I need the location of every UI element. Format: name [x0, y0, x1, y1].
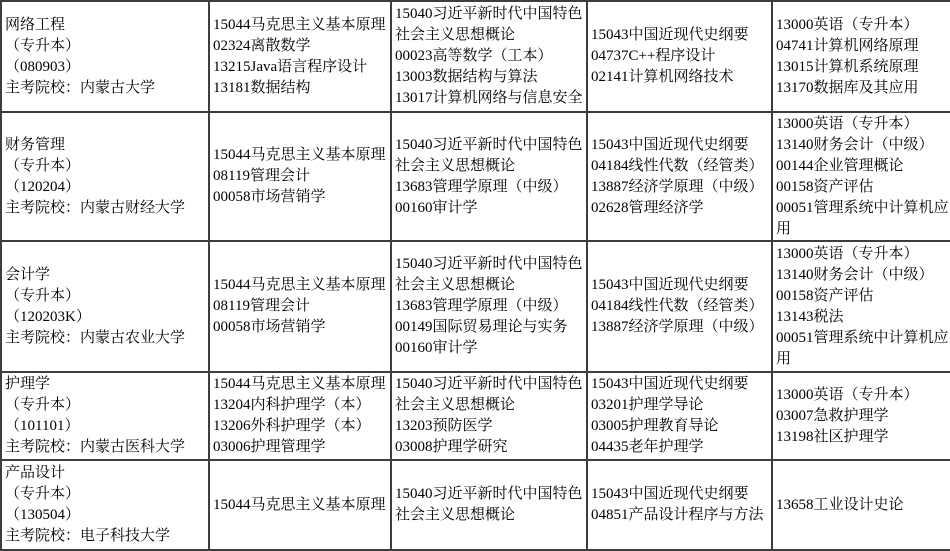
subject-line: 00144企业管理概论: [776, 156, 949, 177]
subject-line: 财务管理: [5, 135, 207, 156]
table-row: 财务管理（专升本）（120204）主考院校：内蒙古财经大学 15044马克思主义…: [2, 113, 950, 242]
subject-line: 13140财务会计（中级）: [776, 265, 949, 286]
subject-line: 04737C++程序设计: [591, 46, 770, 67]
subject-line: 13000英语（专升本）: [776, 244, 949, 265]
table-row: 会计学（专升本）（120203K）主考院校：内蒙古农业大学 15044马克思主义…: [2, 242, 950, 373]
subject-line: 13658工业设计史论: [776, 495, 949, 516]
course-group-2-cell: 15040习近平新时代中国特色社会主义思想概论13683管理学原理（中级）001…: [392, 242, 588, 373]
course-group-3-cell: 15043中国近现代史纲要04851产品设计程序与方法: [588, 461, 773, 549]
subject-line: 08119管理会计: [213, 166, 389, 187]
subject-line: 主考院校：内蒙古大学: [5, 78, 207, 99]
subject-line: 15043中国近现代史纲要: [591, 484, 770, 505]
subject-line: （080903）: [5, 57, 207, 78]
major-info-cell: 网络工程（专升本）（080903）主考院校：内蒙古大学: [2, 2, 210, 113]
subject-line: 15044马克思主义基本原理: [213, 15, 389, 36]
subject-line: 04184线性代数（经管类）: [591, 296, 770, 317]
subject-line: 03005护理教育导论: [591, 416, 770, 437]
subject-line: 00158资产评估: [776, 286, 949, 307]
subject-line: 主考院校：电子科技大学: [5, 526, 207, 547]
course-group-2-cell: 15040习近平新时代中国特色社会主义思想概论13203预防医学03008护理学…: [392, 373, 588, 461]
subject-line: 13204内科护理学（本）: [213, 395, 389, 416]
subject-line: 13017计算机网络与信息安全: [395, 88, 585, 109]
subject-line: 13198社区护理学: [776, 427, 949, 448]
subject-line: 00158资产评估: [776, 177, 949, 198]
table-row: 产品设计（专升本）（130504）主考院校：电子科技大学 15044马克思主义基…: [2, 461, 950, 549]
subject-line: （101101）: [5, 416, 207, 437]
subject-line: 03006护理管理学: [213, 437, 389, 458]
course-group-4-cell: 13000英语（专升本）13140财务会计（中级）00158资产评估13143税…: [773, 242, 950, 373]
course-group-1-cell: 15044马克思主义基本原理02324离散数学13215Java语言程序设计13…: [210, 2, 392, 113]
course-group-3-cell: 15043中国近现代史纲要03201护理学导论03005护理教育导论04435老…: [588, 373, 773, 461]
major-info-cell: 产品设计（专升本）（130504）主考院校：电子科技大学: [2, 461, 210, 549]
subject-line: 15040习近平新时代中国特色社会主义思想概论: [395, 374, 585, 416]
subject-line: 00023高等数学（工本）: [395, 46, 585, 67]
major-info-cell: 会计学（专升本）（120203K）主考院校：内蒙古农业大学: [2, 242, 210, 373]
course-group-4-cell: 13000英语（专升本）04741计算机网络原理13015计算机系统原理1317…: [773, 2, 950, 113]
subject-line: 15043中国近现代史纲要: [591, 275, 770, 296]
subject-line: 15040习近平新时代中国特色社会主义思想概论: [395, 254, 585, 296]
subject-line: 15044马克思主义基本原理: [213, 495, 389, 516]
subject-line: 13215Java语言程序设计: [213, 57, 389, 78]
subject-line: 13683管理学原理（中级）: [395, 177, 585, 198]
course-group-1-cell: 15044马克思主义基本原理08119管理会计00058市场营销学: [210, 113, 392, 242]
subject-line: 00149国际贸易理论与实务: [395, 317, 585, 338]
subject-line: 13181数据结构: [213, 78, 389, 99]
subject-line: 00051管理系统中计算机应用: [776, 198, 949, 240]
subject-line: 08119管理会计: [213, 296, 389, 317]
course-group-3-cell: 15043中国近现代史纲要04737C++程序设计02141计算机网络技术: [588, 2, 773, 113]
course-group-1-cell: 15044马克思主义基本原理13204内科护理学（本）13206外科护理学（本）…: [210, 373, 392, 461]
subject-line: 13000英语（专升本）: [776, 385, 949, 406]
course-group-3-cell: 15043中国近现代史纲要04184线性代数（经管类）13887经济学原理（中级…: [588, 113, 773, 242]
subject-line: 04184线性代数（经管类）: [591, 156, 770, 177]
subject-line: 15043中国近现代史纲要: [591, 135, 770, 156]
subject-line: 04851产品设计程序与方法: [591, 505, 770, 526]
course-group-2-cell: 15040习近平新时代中国特色社会主义思想概论: [392, 461, 588, 549]
subject-line: 13000英语（专升本）: [776, 15, 949, 36]
subject-line: 00160审计学: [395, 338, 585, 359]
course-group-4-cell: 13000英语（专升本）13140财务会计（中级）00144企业管理概论0015…: [773, 113, 950, 242]
subject-line: 13140财务会计（中级）: [776, 135, 949, 156]
subject-line: 13143税法: [776, 307, 949, 328]
subject-line: 主考院校：内蒙古财经大学: [5, 198, 207, 219]
subject-line: （120203K）: [5, 307, 207, 328]
subject-line: 13003数据结构与算法: [395, 67, 585, 88]
subject-line: 03008护理学研究: [395, 437, 585, 458]
subject-line: （130504）: [5, 505, 207, 526]
subject-line: 03201护理学导论: [591, 395, 770, 416]
subject-line: 04435老年护理学: [591, 437, 770, 458]
subject-line: 产品设计: [5, 463, 207, 484]
subject-line: （专升本）: [5, 36, 207, 57]
subject-line: 15044马克思主义基本原理: [213, 275, 389, 296]
subject-line: （120204）: [5, 177, 207, 198]
subject-line: 15044马克思主义基本原理: [213, 145, 389, 166]
subject-line: （专升本）: [5, 156, 207, 177]
subject-line: 15043中国近现代史纲要: [591, 374, 770, 395]
course-group-2-cell: 15040习近平新时代中国特色社会主义思想概论13683管理学原理（中级）001…: [392, 113, 588, 242]
course-group-1-cell: 15044马克思主义基本原理: [210, 461, 392, 549]
subject-line: 13683管理学原理（中级）: [395, 296, 585, 317]
subject-line: 03007急救护理学: [776, 406, 949, 427]
subject-line: 13887经济学原理（中级）: [591, 177, 770, 198]
subject-line: 04741计算机网络原理: [776, 36, 949, 57]
subject-line: 13206外科护理学（本）: [213, 416, 389, 437]
subject-line: 护理学: [5, 374, 207, 395]
subject-line: 00058市场营销学: [213, 187, 389, 208]
subject-line: 主考院校：内蒙古农业大学: [5, 328, 207, 349]
subject-line: 13015计算机系统原理: [776, 57, 949, 78]
subject-line: 15040习近平新时代中国特色社会主义思想概论: [395, 4, 585, 46]
major-info-cell: 财务管理（专升本）（120204）主考院校：内蒙古财经大学: [2, 113, 210, 242]
subject-line: 15040习近平新时代中国特色社会主义思想概论: [395, 135, 585, 177]
course-group-1-cell: 15044马克思主义基本原理08119管理会计00058市场营销学: [210, 242, 392, 373]
course-group-2-cell: 15040习近平新时代中国特色社会主义思想概论00023高等数学（工本）1300…: [392, 2, 588, 113]
exam-course-schedule-table: 网络工程（专升本）（080903）主考院校：内蒙古大学 15044马克思主义基本…: [0, 0, 950, 551]
course-group-4-cell: 13658工业设计史论: [773, 461, 950, 549]
subject-line: 02324离散数学: [213, 36, 389, 57]
subject-line: 13887经济学原理（中级）: [591, 317, 770, 338]
course-group-3-cell: 15043中国近现代史纲要04184线性代数（经管类）13887经济学原理（中级…: [588, 242, 773, 373]
subject-line: 00058市场营销学: [213, 317, 389, 338]
course-group-4-cell: 13000英语（专升本）03007急救护理学13198社区护理学: [773, 373, 950, 461]
subject-line: 15043中国近现代史纲要: [591, 25, 770, 46]
table-row: 网络工程（专升本）（080903）主考院校：内蒙古大学 15044马克思主义基本…: [2, 2, 950, 113]
subject-line: （专升本）: [5, 286, 207, 307]
subject-line: 15044马克思主义基本原理: [213, 374, 389, 395]
subject-line: 13000英语（专升本）: [776, 114, 949, 135]
subject-line: 02141计算机网络技术: [591, 67, 770, 88]
subject-line: 15040习近平新时代中国特色社会主义思想概论: [395, 484, 585, 526]
major-info-cell: 护理学（专升本）（101101）主考院校：内蒙古医科大学: [2, 373, 210, 461]
subject-line: 13203预防医学: [395, 416, 585, 437]
subject-line: （专升本）: [5, 395, 207, 416]
subject-line: 13170数据库及其应用: [776, 78, 949, 99]
subject-line: 02628管理经济学: [591, 198, 770, 219]
subject-line: 主考院校：内蒙古医科大学: [5, 437, 207, 458]
subject-line: （专升本）: [5, 484, 207, 505]
table-row: 护理学（专升本）（101101）主考院校：内蒙古医科大学 15044马克思主义基…: [2, 373, 950, 461]
subject-line: 网络工程: [5, 15, 207, 36]
subject-line: 00160审计学: [395, 198, 585, 219]
subject-line: 会计学: [5, 265, 207, 286]
subject-line: 00051管理系统中计算机应用: [776, 328, 949, 370]
